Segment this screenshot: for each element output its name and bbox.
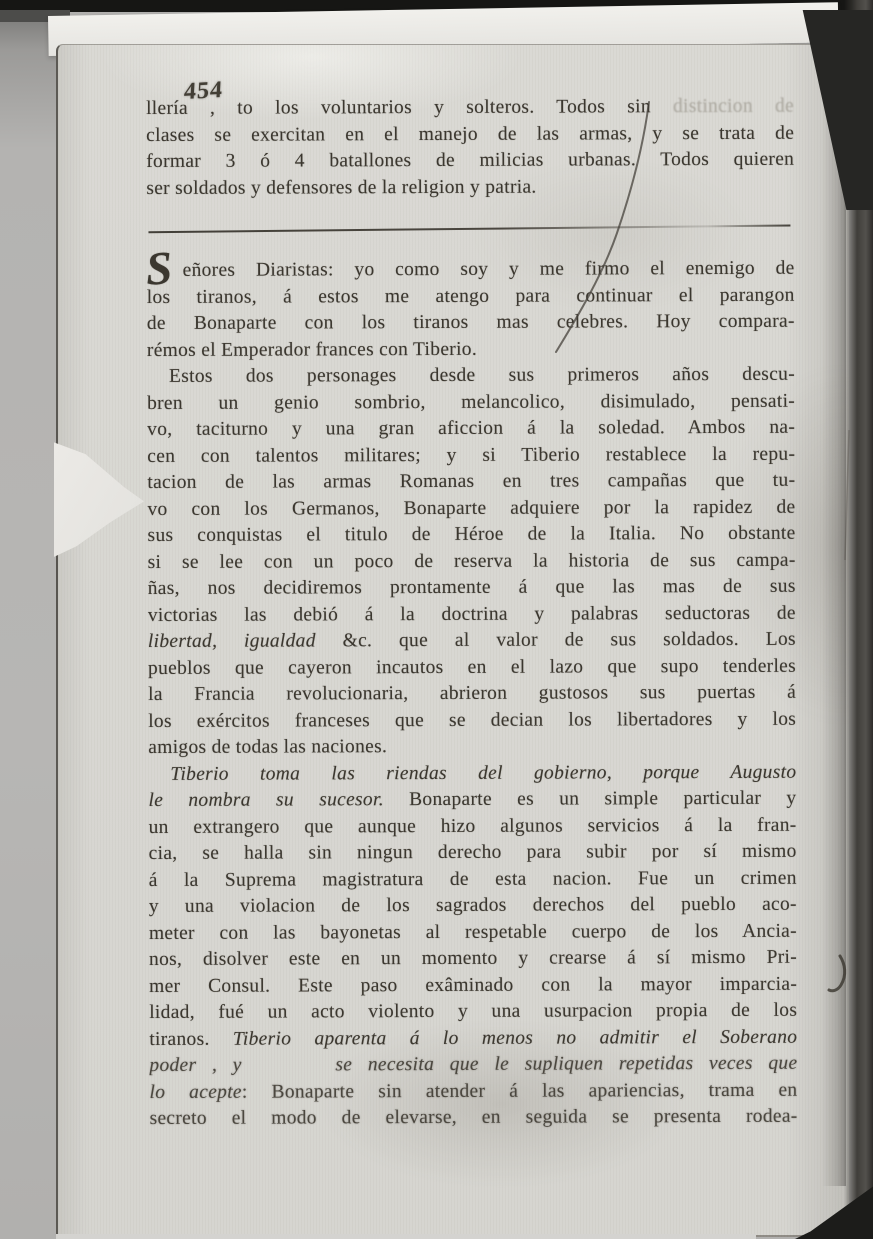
section-divider-rule — [148, 225, 790, 234]
text-run: poder , y se necesita que le supliquen r… — [149, 1053, 797, 1076]
page-bottom-edge — [56, 1234, 756, 1239]
text-run: meter con las bayonetas al respetable cu… — [149, 920, 797, 943]
text-run: tacion de las armas Romanas en tres camp… — [147, 470, 795, 493]
text-run: le nombra su sucesor. — [148, 789, 383, 811]
text-run: y una violacion de los sagrados derechos… — [149, 894, 797, 917]
text-line: libertad, igualdad &c. que al valor de s… — [148, 627, 796, 656]
text-line: tacion de las armas Romanas en tres camp… — [147, 468, 795, 497]
paragraph-tiberio: Tiberio toma las riendas del gobierno, p… — [148, 759, 797, 1132]
text-line: meter con las bayonetas al respetable cu… — [149, 918, 797, 947]
text-run: ñas, nos decidiremos prontamente á que l… — [148, 576, 796, 599]
text-line: sus conquistas el titulo de Héroe de la … — [147, 521, 795, 550]
text-line: á la Suprema magistratura de esta nacion… — [149, 865, 797, 894]
section-rule-wrap — [146, 200, 794, 258]
text-run: cen con talentos militares; y si Tiberio… — [147, 443, 795, 466]
text-line: bren un genio sombrio, melancolico, disi… — [147, 388, 795, 417]
text-run: cia, se halla sin ningun derecho para su… — [149, 841, 797, 864]
text-run: á la Suprema magistratura de esta nacion… — [149, 867, 797, 890]
text-run: mer Consul. Este paso exâminado con la m… — [149, 973, 797, 996]
text-run: vo con los Germanos, Bonaparte adquiere … — [147, 496, 795, 519]
text-run: amigos de todas las naciones. — [148, 736, 387, 758]
text-run: victorias las debió á la doctrina y pala… — [148, 602, 796, 625]
text-line: poder , y se necesita que le supliquen r… — [149, 1051, 797, 1080]
photo-left-margin — [0, 0, 56, 1239]
text-run: tiranos. — [149, 1028, 233, 1049]
text-line: cen con talentos militares; y si Tiberio… — [147, 441, 795, 470]
text-line: lidad, fué un acto violento y una usurpa… — [149, 998, 797, 1027]
text-line: los tiranos, á estos me atengo para cont… — [147, 282, 795, 311]
text-line: de Bonaparte con los tiranos mas celebre… — [147, 309, 795, 338]
text-run: llería , to los voluntarios y solteros. … — [146, 96, 673, 119]
text-run: Bonaparte es un simple particular y — [384, 788, 797, 810]
scanned-book-photo: 454 llería , to los voluntarios y solter… — [0, 0, 873, 1239]
paragraph-comparison: Estos dos personages desde sus primeros … — [147, 362, 796, 762]
text-run: Tiberio aparenta á lo menos no admitir e… — [233, 1026, 798, 1049]
text-run: libertad, igualdad — [148, 630, 316, 652]
text-line: formar 3 ó 4 batallones de milicias urba… — [146, 147, 794, 176]
text-line: si se lee con un poco de reserva la hist… — [148, 547, 796, 576]
text-run: la Francia revolucionaria, abrieron gust… — [148, 682, 796, 705]
text-line: y una violacion de los sagrados derechos… — [149, 892, 797, 921]
text-line: secreto el modo de elevarse, en seguida … — [150, 1104, 798, 1133]
text-run: : Bonaparte sin atender á las apariencia… — [242, 1079, 798, 1102]
text-run: &c. que al valor de sus soldados. Los — [316, 629, 796, 652]
text-line: eñores Diaristas: yo como soy y me firmo… — [147, 256, 795, 285]
drop-cap-initial: S — [145, 245, 174, 293]
page-curl-shading — [822, 56, 846, 1186]
text-run: sus conquistas el titulo de Héroe de la … — [147, 523, 795, 546]
text-run: rémos el Emperador frances con Tiberio. — [147, 338, 477, 360]
page-text-column: llería , to los voluntarios y solteros. … — [146, 94, 798, 1133]
text-run: secreto el modo de elevarse, en seguida … — [150, 1106, 798, 1129]
text-line: rémos el Emperador frances con Tiberio. — [147, 335, 795, 364]
text-line: llería , to los voluntarios y solteros. … — [146, 94, 794, 123]
text-line: ñas, nos decidiremos prontamente á que l… — [148, 574, 796, 603]
text-line: Estos dos personages desde sus primeros … — [147, 362, 795, 391]
text-run: ser soldados y defensores de la religion… — [146, 176, 536, 198]
text-run: vo, taciturno y una gran aficcion á la s… — [147, 417, 795, 440]
text-line: vo, taciturno y una gran aficcion á la s… — [147, 415, 795, 444]
text-run: bren un genio sombrio, melancolico, disi… — [147, 390, 795, 413]
text-run: lidad, fué un acto violento y una usurpa… — [149, 1000, 797, 1023]
text-line: amigos de todas las naciones. — [148, 733, 796, 762]
text-run: nos, disolver este en un momento y crear… — [149, 947, 797, 970]
text-run: si se lee con un poco de reserva la hist… — [148, 549, 796, 572]
text-run: de Bonaparte con los tiranos mas celebre… — [147, 311, 795, 334]
text-line: le nombra su sucesor. Bonaparte es un si… — [148, 786, 796, 815]
text-run: los tiranos, á estos me atengo para cont… — [147, 284, 795, 307]
text-run: Estos dos personages desde sus primeros … — [169, 364, 795, 387]
text-run: eñores Diaristas: yo como soy y me firmo… — [183, 258, 795, 281]
text-line: pueblos que cayeron incautos en el lazo … — [148, 653, 796, 682]
text-run: un extrangero que aunque hizo algunos se… — [149, 814, 797, 837]
text-line: los exércitos franceses que se decian lo… — [148, 706, 796, 735]
text-run: formar 3 ó 4 batallones de milicias urba… — [146, 149, 794, 172]
text-run: Tiberio toma las riendas del gobierno, p… — [170, 761, 796, 784]
text-run: pueblos que cayeron incautos en el lazo … — [148, 655, 796, 678]
text-line: mer Consul. Este paso exâminado con la m… — [149, 971, 797, 1000]
paragraph-continuation: llería , to los voluntarios y solteros. … — [146, 94, 794, 202]
text-run: los exércitos franceses que se decian lo… — [148, 708, 796, 731]
text-line: nos, disolver este en un momento y crear… — [149, 945, 797, 974]
paragraph-address: eñores Diaristas: yo como soy y me firmo… — [147, 256, 795, 364]
text-line: victorias las debió á la doctrina y pala… — [148, 600, 796, 629]
text-line: ser soldados y defensores de la religion… — [146, 173, 794, 202]
text-line: lo acepte: Bonaparte sin atender á las a… — [149, 1077, 797, 1106]
text-line: cia, se halla sin ningun derecho para su… — [149, 839, 797, 868]
text-line: Tiberio toma las riendas del gobierno, p… — [148, 759, 796, 788]
text-line: tiranos. Tiberio aparenta á lo menos no … — [149, 1024, 797, 1053]
text-line: vo con los Germanos, Bonaparte adquiere … — [147, 494, 795, 523]
text-line: la Francia revolucionaria, abrieron gust… — [148, 680, 796, 709]
text-run: lo acepte — [149, 1081, 241, 1102]
text-run: clases se exercitan en el manejo de las … — [146, 122, 794, 145]
text-line: clases se exercitan en el manejo de las … — [146, 120, 794, 149]
text-run: distincion de — [673, 96, 794, 117]
text-line: un extrangero que aunque hizo algunos se… — [149, 812, 797, 841]
